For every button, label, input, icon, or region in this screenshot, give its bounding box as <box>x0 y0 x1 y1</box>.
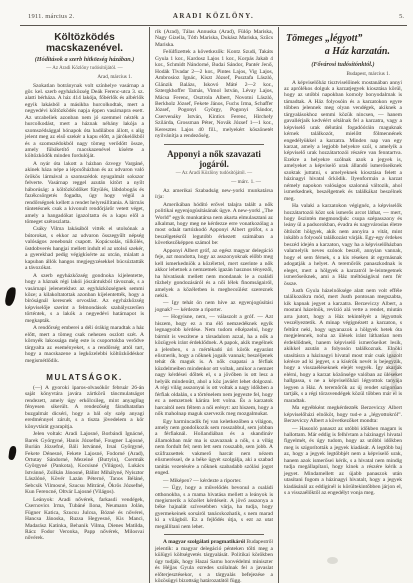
masthead-title: ARADI KÖZLÖNY. <box>20 12 407 20</box>
headline-line-1: Tömeges „légyott” <box>284 33 402 46</box>
article-paragraph: Jelen voltak: Aradi Lajosné, Borbándi Ig… <box>25 431 144 496</box>
article-paragraph: Csáky Vilma lakásából vitték el utolsóna… <box>25 226 144 271</box>
page-number: 5. <box>399 13 404 20</box>
column-left: Költözködés macskazenével. (Hóditások a … <box>20 27 149 583</box>
article-headline-legyott: Tömeges „légyott” a Ház karzatán. <box>284 33 402 58</box>
article-paragraph: A szerb egyházközség gondnoka kijelentet… <box>25 273 144 325</box>
article-paragraph: Leányok: Aradi nővérek, farkasdi vendége… <box>25 497 144 542</box>
article-dateline: Budapest, március 1. <box>284 71 390 77</box>
news-brief-lead: A magyar szolgálati pragmatikáról <box>163 539 245 545</box>
article-paragraph: A nyár óta lakott a házban özvegy Vargán… <box>25 161 144 226</box>
article-paragraph: (—) A gyoroki iparos-olvasókör február 2… <box>25 385 144 430</box>
article-headline-koltozkodes: Költözködés macskazenével. <box>25 32 144 54</box>
article-headline-apponyi: Apponyi a nők szavazati jogáról. <box>155 149 273 169</box>
article-paragraph: Ma egyébként megkérdezték Berzeviczy Alb… <box>284 405 402 424</box>
headline-line-2: a Ház karzatán. <box>284 46 402 59</box>
article-subtitle: (Hóditások a szerb hitközség házában.) <box>25 56 144 64</box>
article-paragraph: — Miképen? — kérdezte a riporter. <box>155 478 273 484</box>
article-paragraph: — Hasonló panaszt az utóbbi időkben maga… <box>284 426 402 497</box>
article-paragraph: Egy harmincadik fej van keletkezőben a v… <box>155 419 273 477</box>
article-subtitle: (Fővárosi tudósítónktól.) <box>284 61 402 69</box>
article-divider <box>164 534 264 535</box>
article-byline: — Az Aradi Közlöny tudósítójától. — <box>155 171 273 177</box>
ink-blot <box>8 446 17 461</box>
news-brief: A magyar szolgálati pragmatikáról Budape… <box>155 539 273 583</box>
section-title-mulatsagok: MULATSÁGOK. <box>25 373 144 382</box>
column-middle: rik (Arad), Tálas Annuska (Arad), Fülöp … <box>149 27 278 583</box>
article-paragraph: Szokatlan botránynak volt színhelye vasá… <box>25 83 144 160</box>
article-paragraph: Ha valaki a karzatokon végignéz, a képvi… <box>284 203 402 287</box>
article-divider <box>164 144 264 145</box>
news-brief-text: Budapestről jelentik: a magyar delegáció… <box>155 539 273 583</box>
newspaper-page: 1911. március 2. ARADI KÖZLÖNY. 5. Költö… <box>0 0 413 583</box>
article-paragraph: A magyar szolgálati pragmatikáról Budape… <box>155 539 273 583</box>
article-paragraph: A rendőrség emberei a déli órákig maradt… <box>25 325 144 364</box>
article-paragraph: — Igy tehát ön nem híve az egyenjogúsítá… <box>155 300 273 313</box>
article-paragraph: — Hogyisne, nem, — válaszolt a gróf. — A… <box>155 314 273 417</box>
article-paragraph: Amerikában hódító erővel talajra talált … <box>155 202 273 247</box>
article-dateline: Arad, március 1. <box>25 74 132 80</box>
article-body: Az amerikai Szabadság new-yorki munkatár… <box>155 188 273 531</box>
article-dateline: — márc. 1. — <box>155 179 261 185</box>
article-paragraph: Az amerikai Szabadság new-yorki munkatár… <box>155 188 273 201</box>
scan-smudge <box>391 350 397 392</box>
column-right: Tömeges „légyott” a Ház karzatán. (Fővár… <box>278 27 407 583</box>
article-paragraph: — Úgy, hogy a művelődés bevonul a család… <box>155 485 273 530</box>
header-rule <box>20 25 407 26</box>
article-paragraph: Apponyi Albert gróf, az egész magyar del… <box>155 248 273 300</box>
columns-container: Költözködés macskazenével. (Hóditások a … <box>20 27 407 583</box>
scan-smudge <box>327 557 338 564</box>
page-header: 1911. március 2. ARADI KÖZLÖNY. 5. <box>20 9 407 24</box>
article-body: A képviselőház tisztviselőinek mostanába… <box>284 80 402 497</box>
donor-list: rik (Arad), Tálas Annuska (Arad), Fülöp … <box>155 29 273 140</box>
article-paragraph: Justh Gyula házelnöksége alatt nem volt … <box>284 288 402 404</box>
contributors-list: Felülfizettek a következők: Kontz Szudi,… <box>155 49 273 139</box>
section-body: (—) A gyoroki iparos-olvasókör február 2… <box>25 385 144 542</box>
article-body: Szokatlan botránynak volt színhelye vasá… <box>25 83 144 364</box>
article-byline: — Az Aradi Közlöny tudósítójától. — <box>25 66 144 72</box>
article-paragraph: A képviselőház tisztviselőinek mostanába… <box>284 80 402 203</box>
ink-blot <box>4 286 17 306</box>
name-list-continuation: rik (Arad), Tálas Annuska (Arad), Fülöp … <box>155 29 273 48</box>
